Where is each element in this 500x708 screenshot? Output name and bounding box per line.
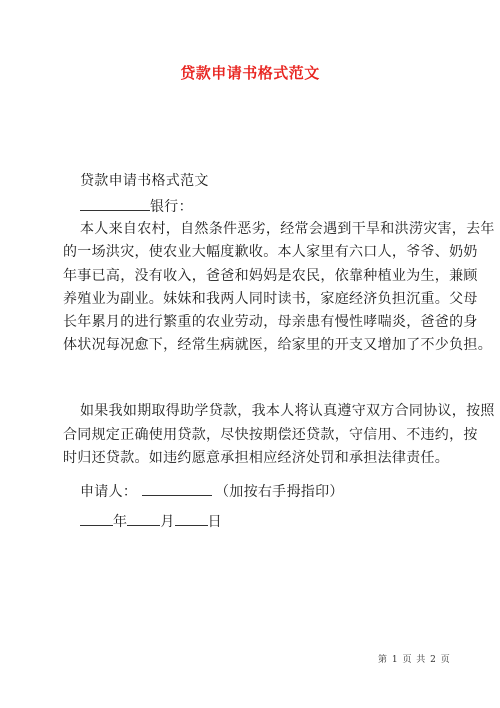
document-title: 贷款申请书格式范文 [0,62,500,83]
paragraph1-line: 年事已高，没有收入，爸爸和妈妈是农民，依靠种植业为生，兼顾 [63,267,478,285]
applicant-signature-blank[interactable] [142,481,212,496]
paragraph2-line: 时归还贷款。如违约愿意承担相应经济处罚和承担法律责任。 [63,449,449,467]
page-number-footer: 第 1 页 共 2 页 [378,652,451,665]
bank-line-suffix: 银行： [150,199,193,215]
month-blank[interactable] [127,511,160,526]
paragraph2-line: 如果我如期取得助学贷款，我本人将认真遵守双方合同协议，按照 [80,402,495,420]
bank-name-blank[interactable] [80,196,150,211]
applicant-label: 申请人： [80,484,137,500]
bank-line: 银行： [80,196,193,216]
paragraph1-line: 的一场洪灾，使农业大幅度歉收。本人家里有六口人，爷爷、奶奶 [63,243,478,261]
paragraph1-line: 本人来自农村，自然条件恶劣，经常会遇到干旱和洪涝灾害，去年 [80,220,495,238]
year-label: 年 [113,514,127,530]
paragraph1-line: 体状况每况愈下，经常生病就医，给家里的开支又增加了不少负担。 [63,336,492,354]
paragraph2-line: 合同规定正确使用贷款，尽快按期偿还贷款，守信用、不违约，按 [63,426,478,444]
applicant-line: 申请人： （加按右手拇指印） [80,481,344,501]
document-subtitle: 贷款申请书格式范文 [80,172,209,190]
month-label: 月 [160,514,174,530]
day-blank[interactable] [175,511,208,526]
date-line: 年月日 [80,511,222,531]
paragraph1-line: 养殖业为副业。妹妹和我两人同时读书，家庭经济负担沉重。父母 [63,290,478,308]
paragraph1-line: 长年累月的进行繁重的农业劳动，母亲患有慢性哮喘炎，爸爸的身 [63,313,478,331]
day-label: 日 [208,514,222,530]
applicant-note: （加按右手拇指印） [215,484,344,500]
year-blank[interactable] [80,511,113,526]
